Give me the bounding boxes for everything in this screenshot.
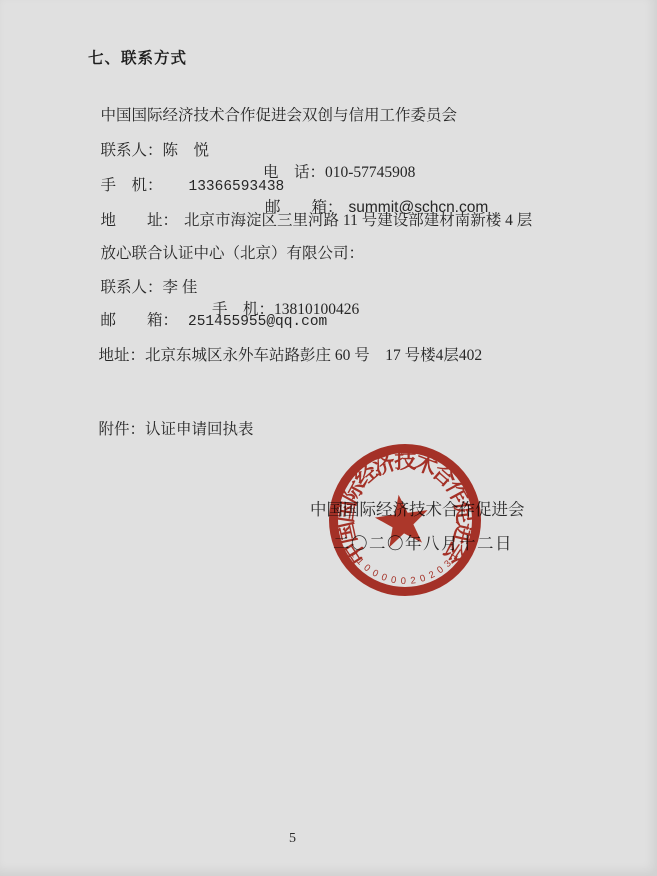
scanned-document-page: 七、联系方式 中国国际经济技术合作促进会双创与信用工作委员会 联系人：陈 悦 电… — [0, 0, 657, 876]
attachment-text: 附件：认证申请回执表 — [99, 421, 254, 438]
official-seal-stamp: 中国国际经济技术合作促进会 1100000202031 — [320, 435, 490, 605]
seal-graphic: 中国国际经济技术合作促进会 1100000202031 — [320, 435, 490, 605]
org1-name-line: 中国国际经济技术合作促进会双创与信用工作委员会 — [0, 85, 657, 107]
org2-address: 地址：北京东城区永外车站路彭庄 60 号 17 号楼4层402 — [99, 347, 483, 364]
seal-star-icon — [372, 491, 432, 549]
org2-contact-line: 联系人：李 佳 手 机：13810100426 — [0, 257, 657, 279]
attachment-line: 附件：认证申请回执表 — [0, 399, 657, 421]
org2-address-label: 地址： — [99, 347, 146, 364]
page-number: 5 — [289, 831, 296, 847]
org2-email-line: 邮 箱：251455955@qq.com — [0, 290, 657, 312]
section-heading: 七、联系方式 — [88, 46, 187, 68]
org2-address-line: 地址：北京东城区永外车站路彭庄 60 号 17 号楼4层402 — [0, 325, 657, 347]
org1-contact-line: 联系人：陈 悦 电 话：010-57745908 — [0, 120, 657, 142]
org2-name-line: 放心联合认证中心（北京）有限公司： — [0, 223, 657, 245]
org2-address-value: 北京东城区永外车站路彭庄 60 号 17 号楼4层402 — [145, 347, 482, 364]
org1-mobile-email-line: 手 机：13366593438 邮 箱：summit@schcn.com — [0, 155, 657, 177]
org1-address-line: 地 址：北京市海淀区三里河路 11 号建设部建材南新楼 4 层 — [0, 190, 657, 212]
